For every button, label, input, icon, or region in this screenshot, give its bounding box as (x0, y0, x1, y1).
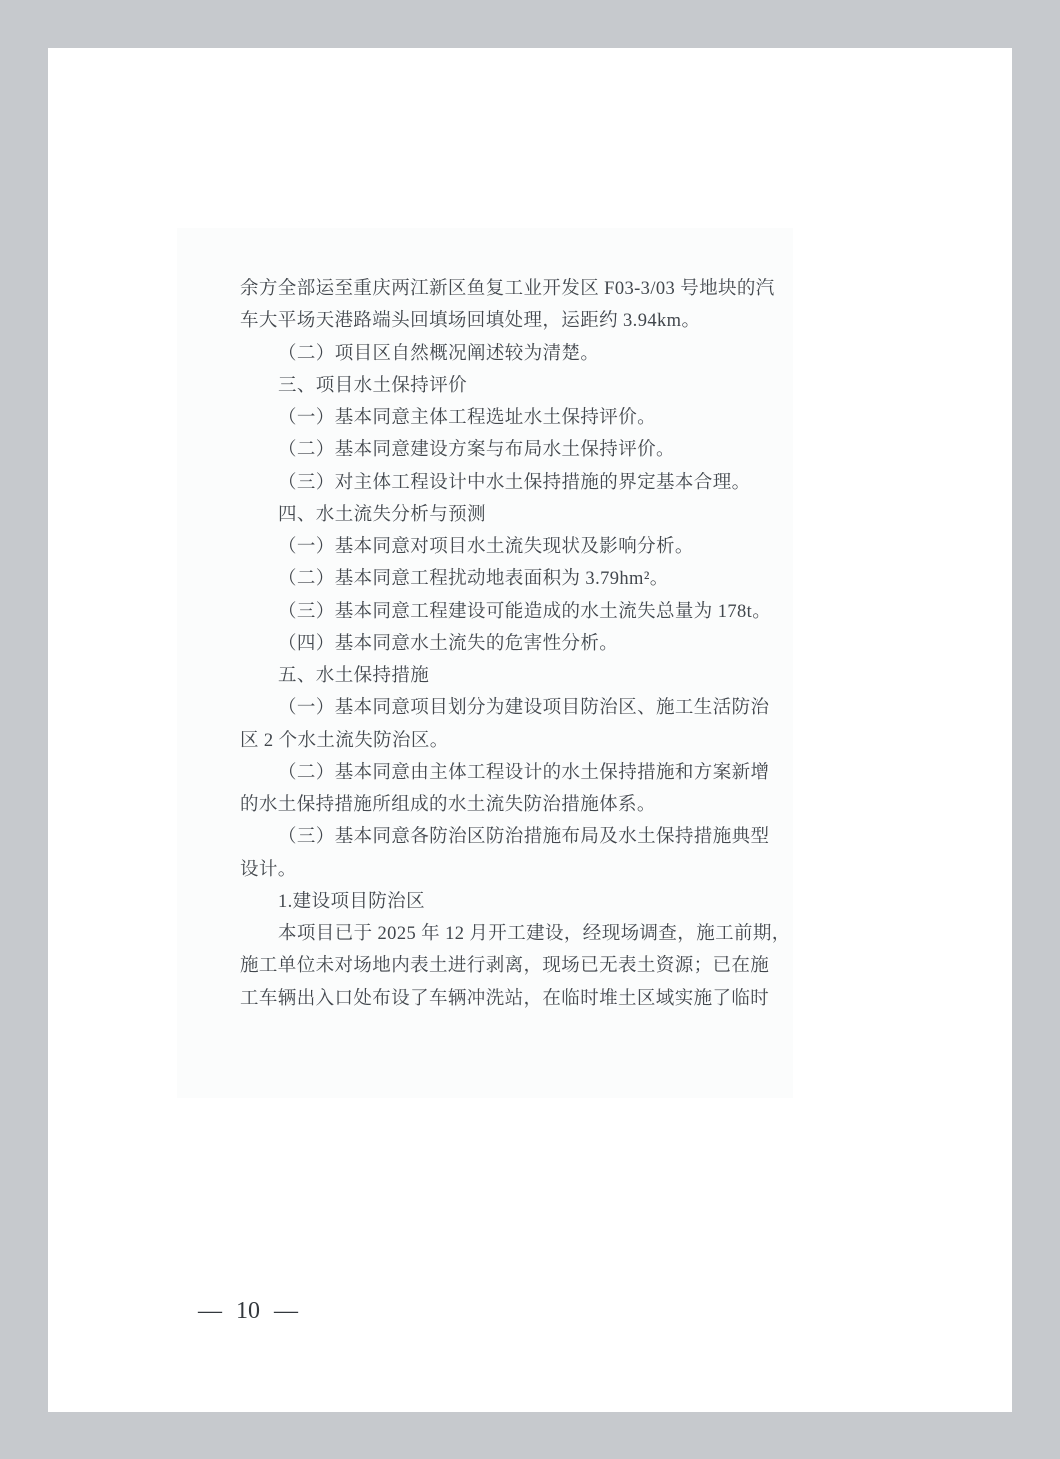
text-line: （四）基本同意水土流失的危害性分析。 (240, 628, 800, 660)
document-page: 余方全部运至重庆两江新区鱼复工业开发区 F03-3/03 号地块的汽车大平场天港… (48, 48, 1012, 1412)
footer-dash-right: — (274, 1298, 298, 1325)
text-line: （三）基本同意各防治区防治措施布局及水土保持措施典型 (240, 821, 800, 853)
text-line: 三、项目水土保持评价 (240, 370, 800, 402)
page-footer: — 10 — (198, 1298, 298, 1325)
footer-dash-left: — (198, 1298, 222, 1325)
text-line: （一）基本同意对项目水土流失现状及影响分析。 (240, 531, 800, 563)
text-line: 工车辆出入口处布设了车辆冲洗站，在临时堆土区域实施了临时 (240, 983, 800, 1015)
text-line: （一）基本同意项目划分为建设项目防治区、施工生活防治 (240, 692, 800, 724)
text-line: 设计。 (240, 854, 800, 886)
text-line: （二）项目区自然概况阐述较为清楚。 (240, 338, 800, 370)
page-number: 10 (236, 1298, 260, 1325)
text-line: （一）基本同意主体工程选址水土保持评价。 (240, 402, 800, 434)
text-line: 车大平场天港路端头回填场回填处理，运距约 3.94km。 (240, 305, 800, 337)
text-line: （三）基本同意工程建设可能造成的水土流失总量为 178t。 (240, 596, 800, 628)
text-line: 本项目已于 2025 年 12 月开工建设，经现场调查，施工前期， (240, 918, 800, 950)
text-line: （三）对主体工程设计中水土保持措施的界定基本合理。 (240, 467, 800, 499)
text-line: （二）基本同意由主体工程设计的水土保持措施和方案新增 (240, 757, 800, 789)
document-text: 余方全部运至重庆两江新区鱼复工业开发区 F03-3/03 号地块的汽车大平场天港… (240, 273, 800, 1015)
text-line: 余方全部运至重庆两江新区鱼复工业开发区 F03-3/03 号地块的汽 (240, 273, 800, 305)
text-line: （二）基本同意建设方案与布局水土保持评价。 (240, 434, 800, 466)
text-line: 1.建设项目防治区 (240, 886, 800, 918)
text-line: 的水土保持措施所组成的水土流失防治措施体系。 (240, 789, 800, 821)
text-line: 五、水土保持措施 (240, 660, 800, 692)
scan-background: { "colors": { "margin_gray": "#c6c9cd", … (0, 0, 1060, 1459)
text-line: 区 2 个水土流失防治区。 (240, 725, 800, 757)
text-line: 施工单位未对场地内表土进行剥离，现场已无表土资源；已在施 (240, 950, 800, 982)
text-line: （二）基本同意工程扰动地表面积为 3.79hm²。 (240, 563, 800, 595)
text-line: 四、水土流失分析与预测 (240, 499, 800, 531)
